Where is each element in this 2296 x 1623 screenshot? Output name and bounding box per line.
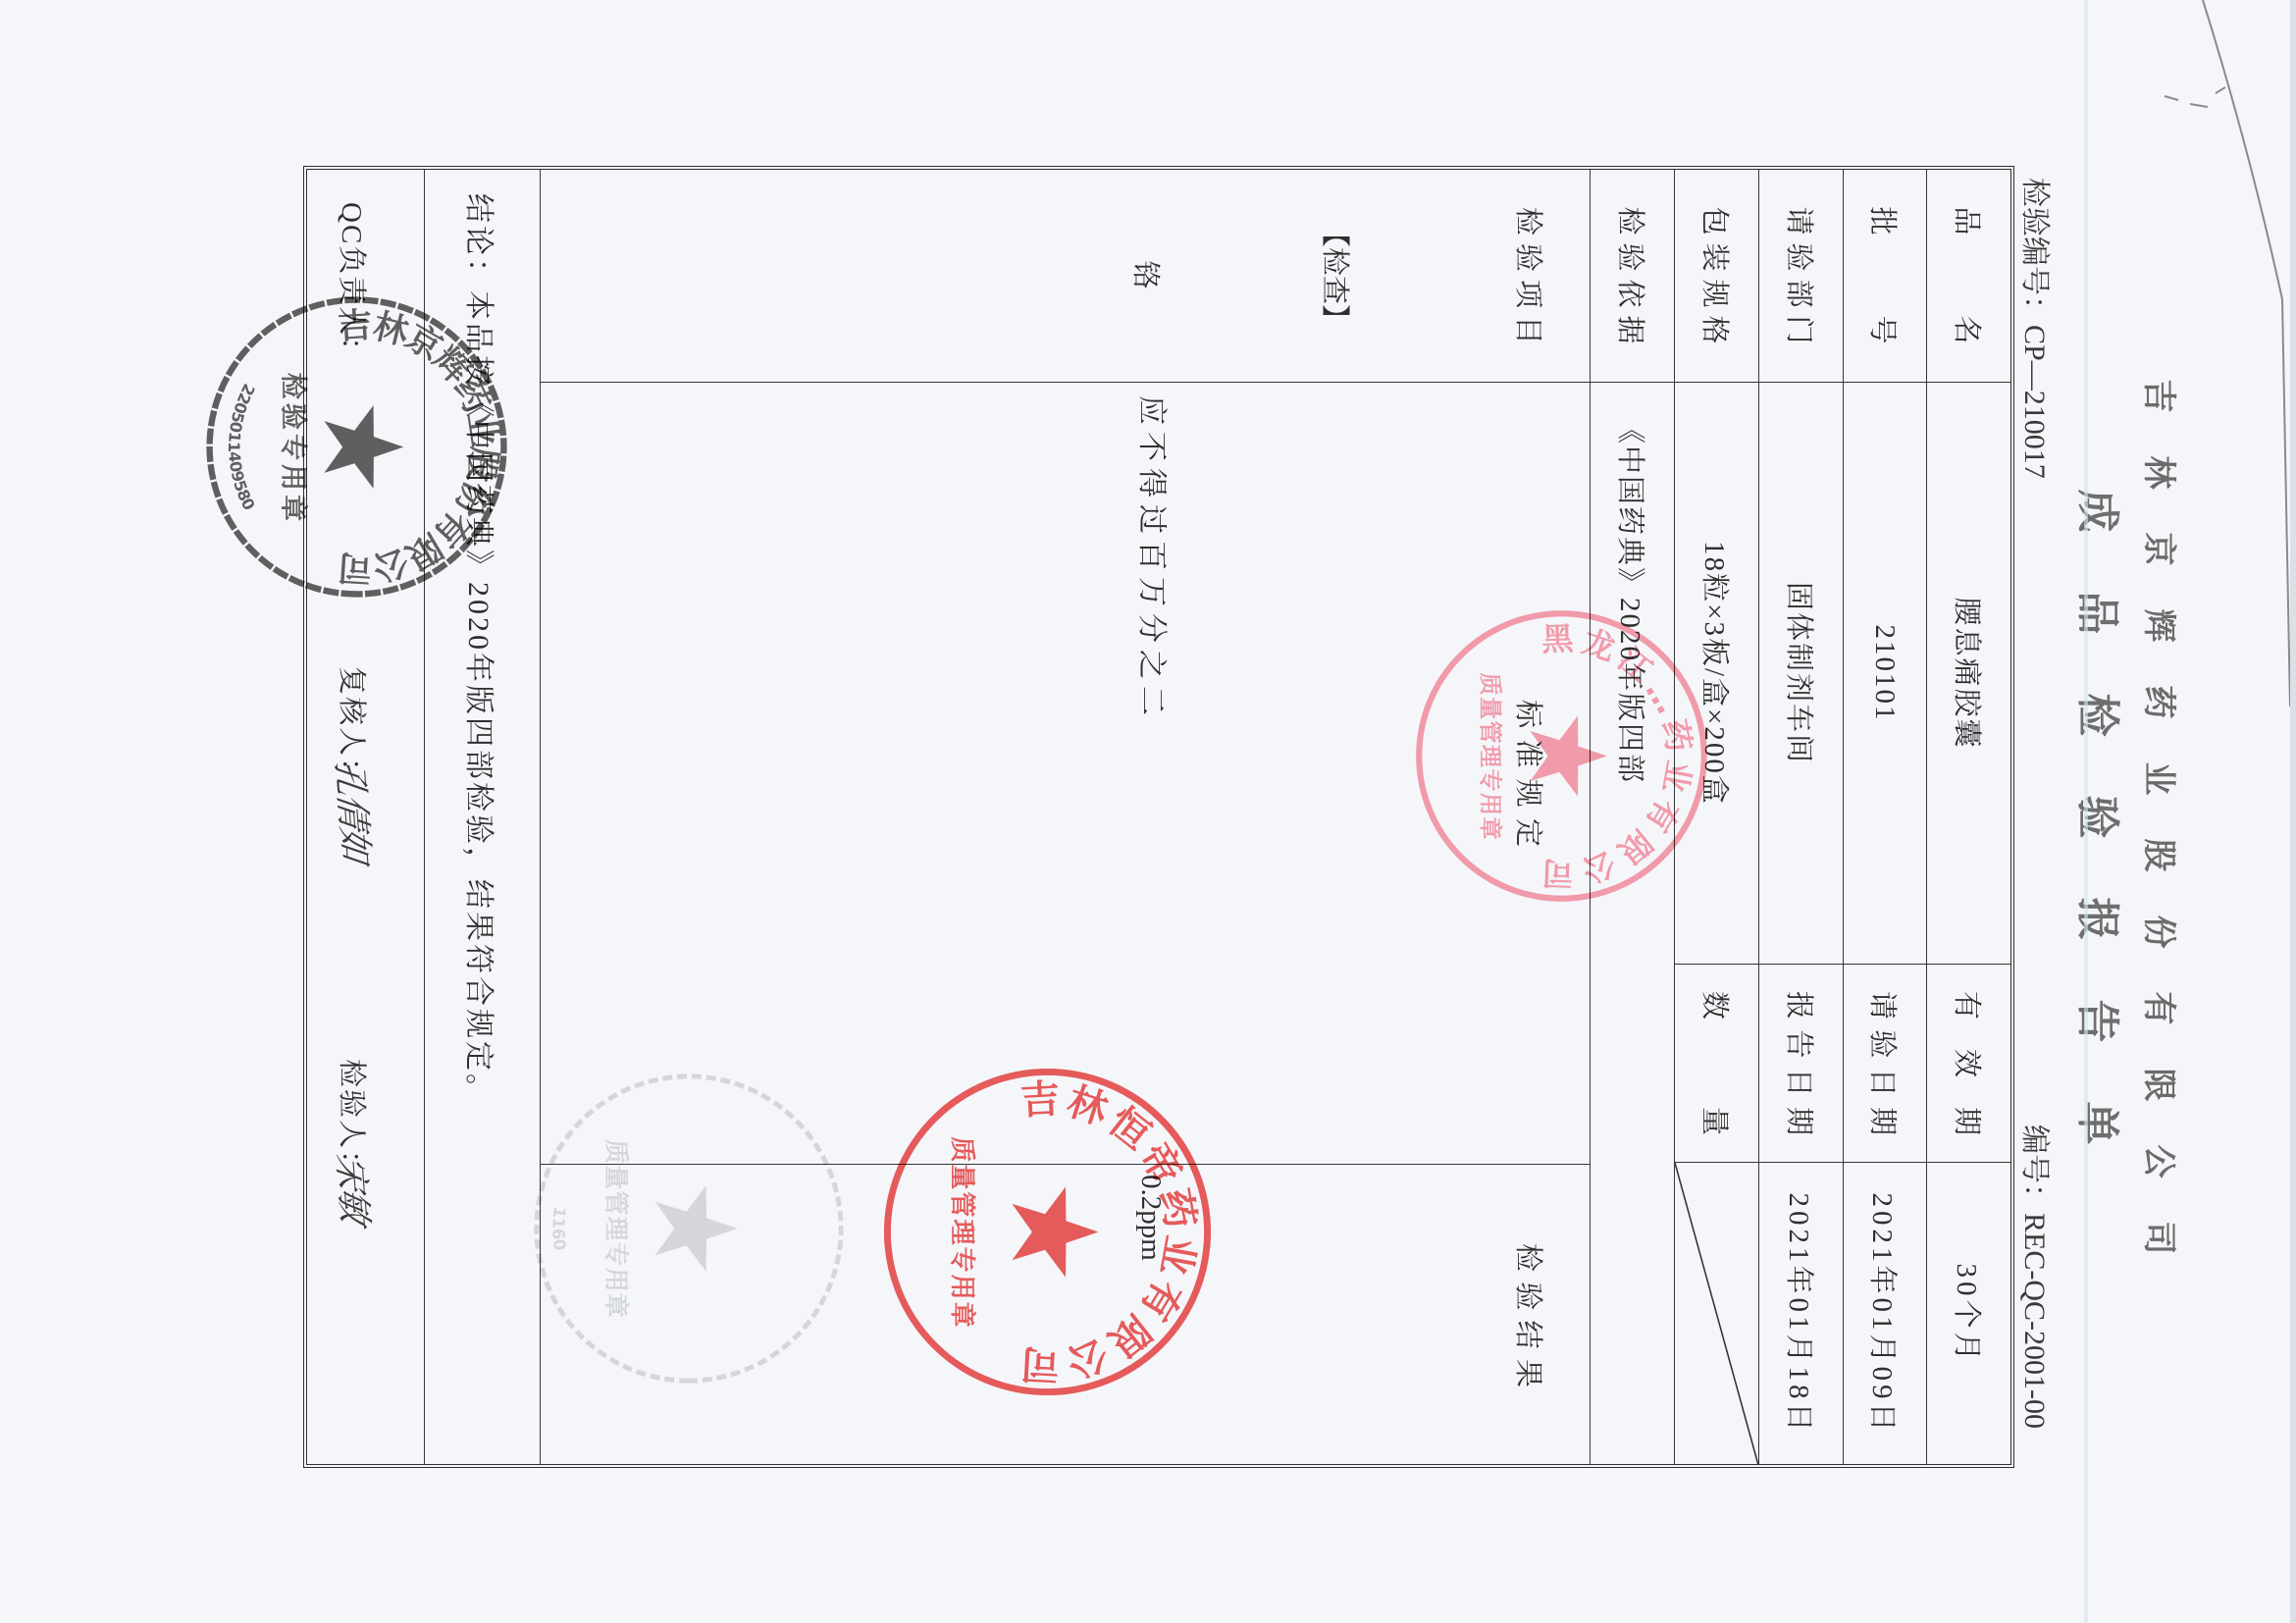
form-number: 编号：REC-QC-2001-00	[2016, 1125, 2052, 1429]
value-batch-number: 210101	[1843, 383, 1926, 965]
label-text: 检验依据	[1612, 207, 1652, 344]
value-quantity	[1674, 1163, 1758, 1465]
conclusion-label: 结论：	[461, 193, 504, 290]
form-number-value: REC-QC-2001-00	[2018, 1213, 2051, 1429]
label-product-name: 品名	[1926, 169, 2011, 383]
inspection-report-page: 吉林京辉药业股份有限公司 成品检验报告单 检验编号：CP—210017 编号：R…	[0, 0, 2296, 1623]
company-name: 吉林京辉药业股份有限公司	[2137, 169, 2180, 1465]
label-text: 请验部门	[1781, 207, 1821, 344]
value-report-date: 2021年01月18日	[1758, 1163, 1843, 1465]
value-product-name: 腰息痛胶囊	[1926, 383, 2011, 965]
svg-text:2205011409580: 2205011409580	[225, 381, 259, 513]
label-quantity: 数量	[1674, 965, 1758, 1163]
svg-text:1160: 1160	[548, 1206, 569, 1252]
label-text: 请验日期	[1865, 991, 1905, 1135]
blank-diagonal-line	[1675, 1163, 1758, 1465]
stamp-inner-text: 质量管理专用章	[602, 1139, 631, 1318]
value-requesting-dept: 固体制剂车间	[1758, 383, 1843, 965]
inspection-number-value: CP—210017	[2018, 325, 2051, 479]
results-item-column: 检验项目 【检查】 铬	[540, 169, 1590, 383]
header-result: 检验结果	[1513, 1243, 1542, 1387]
label-text: 批号	[1865, 207, 1905, 344]
inspection-number-label: 检验编号：	[2018, 178, 2051, 325]
inspection-stamp: 吉林京辉药业股份有限公司 检验专用章 2205011409580	[200, 290, 513, 603]
stamp-inner-text: 检验专用章	[278, 373, 309, 522]
label-text: 品名	[1950, 207, 1990, 344]
label-inspection-basis: 检验依据	[1590, 169, 1674, 383]
label-report-date: 报告日期	[1758, 965, 1843, 1163]
item-chromium: 铬	[1130, 169, 1160, 383]
inspection-number: 检验编号：CP—210017	[2016, 178, 2052, 479]
header-text: 检验结果	[1513, 1243, 1542, 1387]
section-title-check: 【检查】	[1320, 169, 1349, 383]
star-icon	[655, 1185, 738, 1272]
report-title: 成品检验报告单	[2070, 169, 2123, 1465]
star-icon	[324, 405, 403, 489]
pink-quality-stamp: 黑龙江…药业有限公司 质量管理专用章	[1410, 604, 1713, 908]
inspector-signature: 宋敏	[331, 1153, 371, 1224]
red-quality-stamp: 吉林恒帝药业有限公司 质量管理专用章	[877, 1062, 1218, 1402]
standard-chromium: 应不得过百万分之二	[1136, 395, 1166, 722]
star-icon	[1531, 715, 1607, 796]
value-request-date: 2021年01月09日	[1843, 1163, 1926, 1465]
label-text: 有效期	[1950, 991, 1990, 1135]
stamp-inner-text: 质量管理专用章	[1477, 673, 1503, 840]
label-package-spec: 包装规格	[1674, 169, 1758, 383]
value-shelf-life: 30个月	[1926, 1163, 2011, 1465]
header-text: 检验项目	[1513, 207, 1542, 344]
label-shelf-life: 有效期	[1926, 965, 2011, 1163]
label-text: 数量	[1696, 991, 1737, 1135]
header-inspection-item: 检验项目	[1513, 207, 1542, 344]
label-request-date: 请验日期	[1843, 965, 1926, 1163]
stamp-serial: 2205011409580	[225, 381, 259, 513]
label-batch-number: 批号	[1843, 169, 1926, 383]
reviewer-signature: 孔倩如	[330, 759, 372, 863]
stamp-inner-text: 质量管理专用章	[947, 1136, 977, 1327]
stamp-serial: 1160	[548, 1206, 569, 1252]
form-number-label: 编号：	[2018, 1125, 2051, 1213]
value-inspection-basis: 《中国药典》2020年版四部	[1590, 383, 1674, 1465]
label-text: 包装规格	[1696, 207, 1737, 344]
label-requesting-dept: 请验部门	[1758, 169, 1843, 383]
faded-quality-stamp: 质量管理专用章 1160	[527, 1067, 851, 1390]
label-text: 报告日期	[1781, 991, 1821, 1135]
star-icon	[1013, 1186, 1099, 1277]
